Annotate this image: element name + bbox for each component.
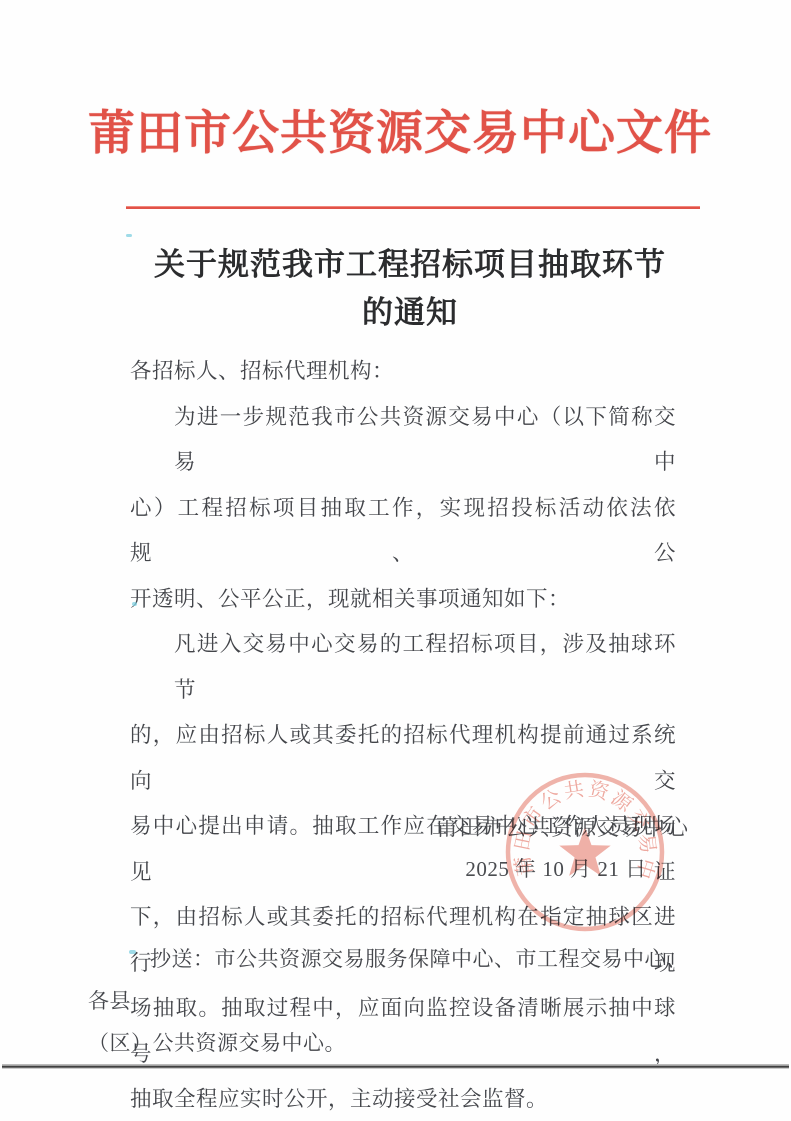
scan-artifact: [132, 602, 137, 606]
body-line: 抽取全程应实时公开，主动接受社会监督。: [130, 1077, 676, 1121]
body-line: 为进一步规范我市公共资源交易中心（以下简称交易中: [130, 395, 676, 486]
salutation-line: 各招标人、招标代理机构：: [130, 349, 676, 395]
cc-line: （区）公共资源交易中心。: [88, 1022, 692, 1064]
scan-artifact: [129, 950, 136, 954]
body-line: 开透明、公平公正，现就相关事项通知如下：: [130, 577, 676, 623]
letterhead-title: 莆田市公共资源交易中心文件: [20, 96, 780, 163]
cc-block: 抄送：市公共资源交易服务保障中心、市工程交易中心、各县 （区）公共资源交易中心。: [88, 938, 692, 1064]
document-title-line2: 的通知: [30, 289, 790, 337]
document-title-line1: 关于规范我市工程招标项目抽取环节: [30, 241, 790, 289]
scan-artifact: [126, 234, 132, 237]
body-line: 的，应由招标人或其委托的招标代理机构提前通过系统向交: [130, 713, 676, 804]
cc-line: 抄送：市公共资源交易服务保障中心、市工程交易中心、各县: [88, 938, 692, 1022]
page-bottom-edge: [2, 1064, 789, 1069]
document-page: 莆田市公共资源交易中心文件 关于规范我市工程招标项目抽取环节 的通知 各招标人、…: [0, 0, 791, 1121]
signature-org: 莆田市公共资源交易中心: [436, 813, 676, 843]
body-line: 凡进入交易中心交易的工程招标项目，涉及抽球环节: [130, 622, 676, 713]
signature-date: 2025 年 10 月 21 日: [436, 854, 676, 884]
document-title: 关于规范我市工程招标项目抽取环节 的通知: [30, 241, 790, 337]
signature-block: 莆田市公共资源交易中心 2025 年 10 月 21 日: [436, 813, 676, 884]
letterhead-divider: [126, 206, 700, 209]
body-line: 心）工程招标项目抽取工作，实现招投标活动依法依规、公: [130, 486, 676, 577]
